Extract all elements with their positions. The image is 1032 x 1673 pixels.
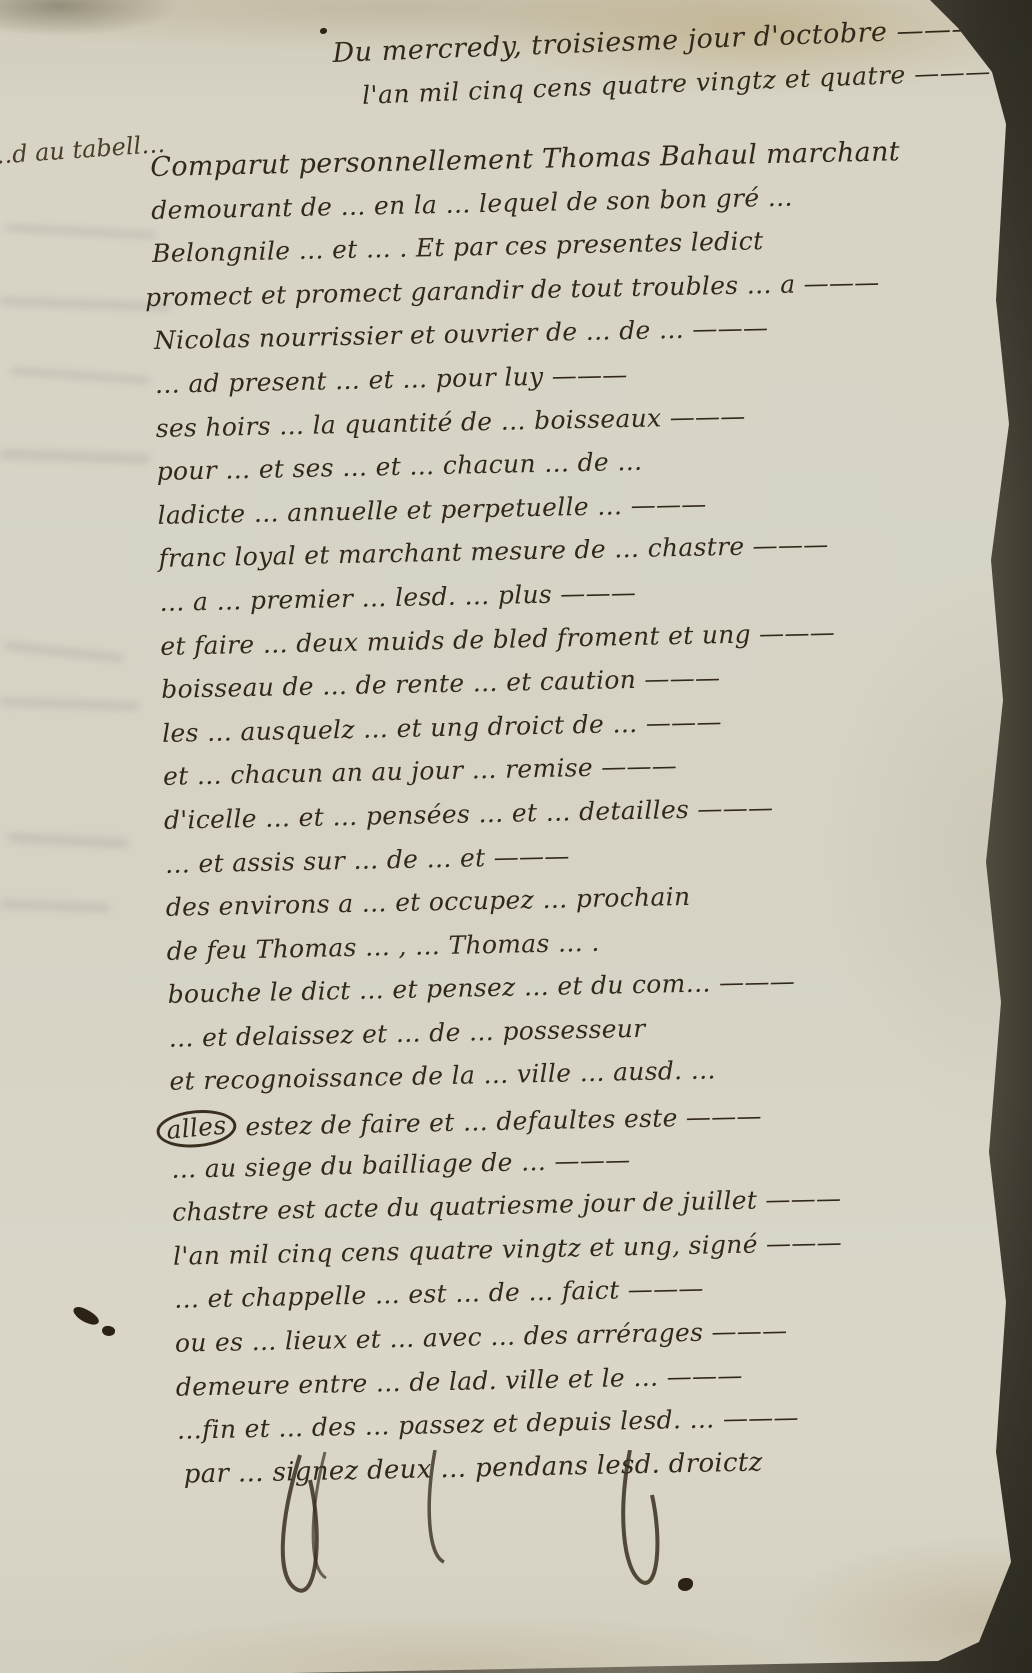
show-through-line <box>4 642 124 662</box>
manuscript-photo: Du mercredy, troisiesme jour d'octobre —… <box>0 0 1032 1673</box>
circled-word: alles <box>155 1107 238 1151</box>
signature-flourish <box>230 1450 790 1625</box>
show-through-line <box>0 698 140 711</box>
show-through-line <box>0 449 150 463</box>
margin-annotation: …d au tabell… <box>0 130 166 170</box>
show-through-line <box>6 224 156 239</box>
manuscript-page: Du mercredy, troisiesme jour d'octobre —… <box>0 0 1032 1673</box>
show-through-line <box>10 367 150 384</box>
show-through-line <box>0 900 110 912</box>
manuscript-body: Comparut personnellement Thomas Bahaul m… <box>150 135 1008 1503</box>
manuscript-line: estez de faire et … defaultes este ——— <box>245 1101 762 1141</box>
ink-blot <box>71 1303 101 1328</box>
show-through-line <box>8 833 128 848</box>
ink-blot <box>320 28 327 34</box>
date-heading: Du mercredy, troisiesme jour d'octobre —… <box>332 13 992 126</box>
ink-blot <box>101 1324 116 1337</box>
